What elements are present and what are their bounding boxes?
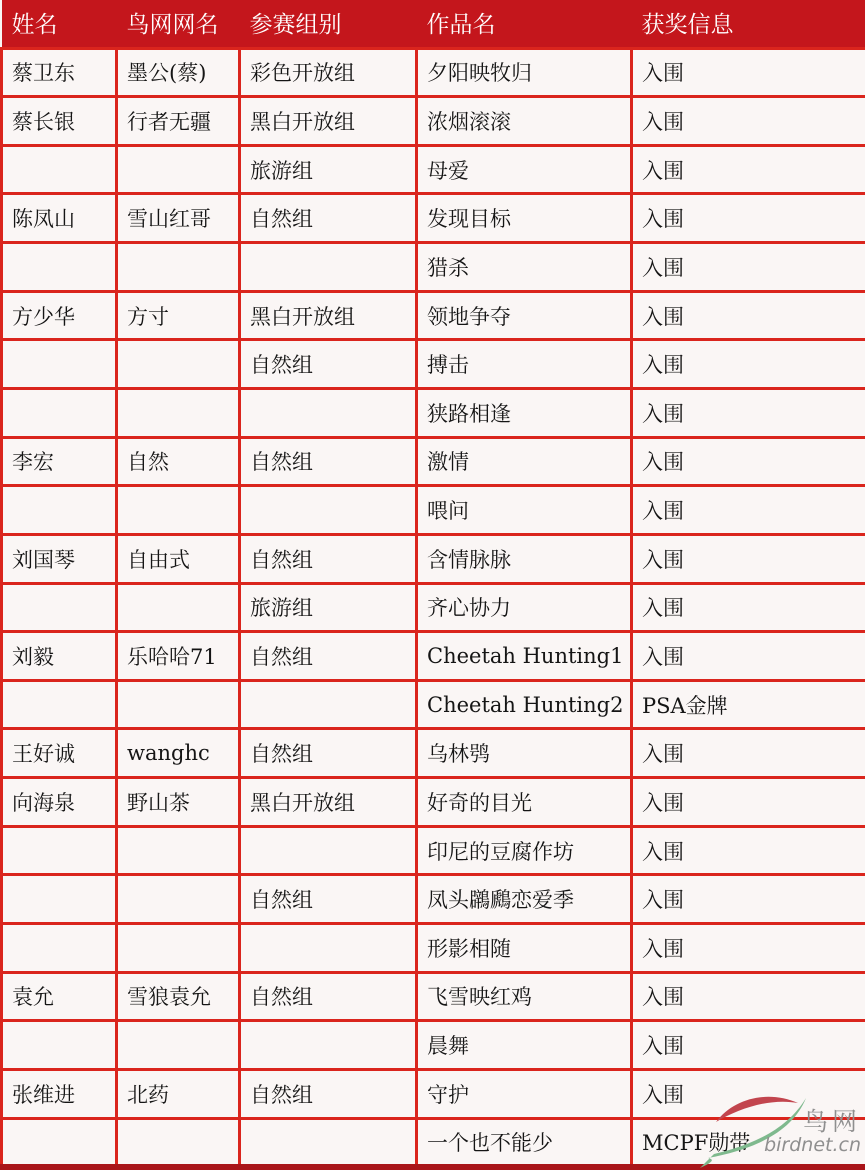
table-row: 喂问入围 bbox=[2, 486, 865, 535]
table-cell bbox=[2, 340, 117, 389]
table-row: 晨舞入围 bbox=[2, 1021, 865, 1070]
awards-table: 姓名鸟网网名参赛组别作品名获奖信息 蔡卫东墨公(蔡)彩色开放组夕阳映牧归入围蔡长… bbox=[0, 0, 865, 1170]
table-cell: 自然组 bbox=[240, 972, 417, 1021]
table-cell: 彩色开放组 bbox=[240, 48, 417, 97]
table-cell: 入围 bbox=[632, 437, 865, 486]
table-row: 一个也不能少MCPF勋带 bbox=[2, 1118, 865, 1167]
table-cell: 入围 bbox=[632, 97, 865, 146]
table-row: 刘毅乐哈哈71自然组Cheetah Hunting1入围 bbox=[2, 632, 865, 681]
table-row: 旅游组齐心协力入围 bbox=[2, 583, 865, 632]
table-cell: 方寸 bbox=[117, 291, 240, 340]
table-cell: 雪狼袁允 bbox=[117, 972, 240, 1021]
table-cell: 李宏 bbox=[2, 437, 117, 486]
table-cell: 旅游组 bbox=[240, 583, 417, 632]
table-cell: 自然组 bbox=[240, 194, 417, 243]
table-cell bbox=[240, 924, 417, 973]
table-cell: 入围 bbox=[632, 145, 865, 194]
table-cell: 入围 bbox=[632, 534, 865, 583]
table-cell: 飞雪映红鸡 bbox=[417, 972, 632, 1021]
table-cell bbox=[117, 875, 240, 924]
table-cell bbox=[117, 826, 240, 875]
table-cell: 发现目标 bbox=[417, 194, 632, 243]
header-row: 姓名鸟网网名参赛组别作品名获奖信息 bbox=[2, 0, 865, 48]
table-cell: 凤头鸊鷉恋爱季 bbox=[417, 875, 632, 924]
table-cell bbox=[2, 826, 117, 875]
table-cell: 一个也不能少 bbox=[417, 1118, 632, 1167]
table-row: 王好诚wanghc自然组乌林鸮入围 bbox=[2, 729, 865, 778]
table-row: 方少华方寸黑白开放组领地争夺入围 bbox=[2, 291, 865, 340]
table-cell: 向海泉 bbox=[2, 778, 117, 827]
table-cell bbox=[117, 243, 240, 292]
table-cell: 墨公(蔡) bbox=[117, 48, 240, 97]
table-cell: 形影相随 bbox=[417, 924, 632, 973]
table-cell bbox=[117, 486, 240, 535]
table-row: 刘国琴自由式自然组含情脉脉入围 bbox=[2, 534, 865, 583]
table-cell: 自然组 bbox=[240, 534, 417, 583]
table-cell: 自然组 bbox=[240, 875, 417, 924]
table-cell: 狭路相逢 bbox=[417, 388, 632, 437]
table-cell: 入围 bbox=[632, 778, 865, 827]
table-cell: 入围 bbox=[632, 291, 865, 340]
table-cell: 自然 bbox=[117, 437, 240, 486]
table-row: 形影相随入围 bbox=[2, 924, 865, 973]
table-cell: 入围 bbox=[632, 583, 865, 632]
table-row: 蔡长银行者无疆黑白开放组浓烟滚滚入围 bbox=[2, 97, 865, 146]
table-row: 李宏自然自然组激情入围 bbox=[2, 437, 865, 486]
table-cell: 入围 bbox=[632, 924, 865, 973]
table-cell: 印尼的豆腐作坊 bbox=[417, 826, 632, 875]
header-cell-0: 姓名 bbox=[2, 0, 117, 48]
table-row: 蔡卫东墨公(蔡)彩色开放组夕阳映牧归入围 bbox=[2, 48, 865, 97]
table-cell: 刘国琴 bbox=[2, 534, 117, 583]
table-cell: 喂问 bbox=[417, 486, 632, 535]
table-cell: 含情脉脉 bbox=[417, 534, 632, 583]
table-cell: 自然组 bbox=[240, 729, 417, 778]
table-cell bbox=[240, 243, 417, 292]
table-cell bbox=[240, 388, 417, 437]
table-cell: 王好诚 bbox=[2, 729, 117, 778]
table-cell: 方少华 bbox=[2, 291, 117, 340]
table-cell: 浓烟滚滚 bbox=[417, 97, 632, 146]
table-cell bbox=[2, 875, 117, 924]
table-cell: 袁允 bbox=[2, 972, 117, 1021]
table-cell bbox=[2, 145, 117, 194]
table-cell: 激情 bbox=[417, 437, 632, 486]
table-cell: 入围 bbox=[632, 48, 865, 97]
table-cell: 入围 bbox=[632, 972, 865, 1021]
table-cell: 张维进 bbox=[2, 1069, 117, 1118]
table-cell bbox=[240, 486, 417, 535]
table-cell: 搏击 bbox=[417, 340, 632, 389]
table-cell bbox=[2, 1021, 117, 1070]
table-cell: 陈凤山 bbox=[2, 194, 117, 243]
header-cell-3: 作品名 bbox=[417, 0, 632, 48]
table-row: 陈凤山雪山红哥自然组发现目标入围 bbox=[2, 194, 865, 243]
table-cell: 北药 bbox=[117, 1069, 240, 1118]
table-cell bbox=[2, 486, 117, 535]
table-cell bbox=[240, 1021, 417, 1070]
table-row: 狭路相逢入围 bbox=[2, 388, 865, 437]
table-cell: PSA金牌 bbox=[632, 680, 865, 729]
table-cell: 母爱 bbox=[417, 145, 632, 194]
table-cell: 自由式 bbox=[117, 534, 240, 583]
table-cell: 齐心协力 bbox=[417, 583, 632, 632]
table-cell: 刘毅 bbox=[2, 632, 117, 681]
table-cell bbox=[2, 243, 117, 292]
table-row: 自然组搏击入围 bbox=[2, 340, 865, 389]
table-cell: 自然组 bbox=[240, 1069, 417, 1118]
table-cell: 黑白开放组 bbox=[240, 97, 417, 146]
table-cell bbox=[2, 1118, 117, 1167]
table-cell: 晨舞 bbox=[417, 1021, 632, 1070]
table-cell bbox=[2, 583, 117, 632]
table-cell: 入围 bbox=[632, 388, 865, 437]
table-cell: 自然组 bbox=[240, 632, 417, 681]
table-cell bbox=[117, 340, 240, 389]
table-row: Cheetah Hunting2PSA金牌 bbox=[2, 680, 865, 729]
table-row: 猎杀入围 bbox=[2, 243, 865, 292]
table-cell: 好奇的目光 bbox=[417, 778, 632, 827]
table-cell bbox=[2, 680, 117, 729]
header-cell-2: 参赛组别 bbox=[240, 0, 417, 48]
table-cell: 行者无疆 bbox=[117, 97, 240, 146]
table-cell: 猎杀 bbox=[417, 243, 632, 292]
table-cell: 自然组 bbox=[240, 437, 417, 486]
table-cell bbox=[117, 924, 240, 973]
header-cell-4: 获奖信息 bbox=[632, 0, 865, 48]
table-cell: 入围 bbox=[632, 875, 865, 924]
table-cell: 雪山红哥 bbox=[117, 194, 240, 243]
table-row: 自然组凤头鸊鷉恋爱季入围 bbox=[2, 875, 865, 924]
table-cell: 入围 bbox=[632, 243, 865, 292]
table-cell bbox=[2, 388, 117, 437]
table-cell bbox=[240, 680, 417, 729]
table-row: 旅游组母爱入围 bbox=[2, 145, 865, 194]
table-cell bbox=[240, 1118, 417, 1167]
table-cell: 乌林鸮 bbox=[417, 729, 632, 778]
table-cell bbox=[117, 1118, 240, 1167]
table-row: 印尼的豆腐作坊入围 bbox=[2, 826, 865, 875]
table-cell: 乐哈哈71 bbox=[117, 632, 240, 681]
table-cell: 蔡卫东 bbox=[2, 48, 117, 97]
table-cell: Cheetah Hunting2 bbox=[417, 680, 632, 729]
table-cell: 入围 bbox=[632, 1069, 865, 1118]
table-cell: 入围 bbox=[632, 729, 865, 778]
table-cell: 旅游组 bbox=[240, 145, 417, 194]
table-cell bbox=[117, 388, 240, 437]
table-cell: 领地争夺 bbox=[417, 291, 632, 340]
table-cell: 黑白开放组 bbox=[240, 778, 417, 827]
table-cell bbox=[2, 924, 117, 973]
table-cell bbox=[240, 826, 417, 875]
table-row: 张维进北药自然组守护入围 bbox=[2, 1069, 865, 1118]
table-cell: 蔡长银 bbox=[2, 97, 117, 146]
table-cell: 入围 bbox=[632, 632, 865, 681]
table-cell: 入围 bbox=[632, 1021, 865, 1070]
table-cell: MCPF勋带 bbox=[632, 1118, 865, 1167]
table-cell bbox=[117, 145, 240, 194]
table-cell: 入围 bbox=[632, 826, 865, 875]
table-cell: 入围 bbox=[632, 486, 865, 535]
table-row: 向海泉野山茶黑白开放组好奇的目光入围 bbox=[2, 778, 865, 827]
table-cell: 黑白开放组 bbox=[240, 291, 417, 340]
table-body: 蔡卫东墨公(蔡)彩色开放组夕阳映牧归入围蔡长银行者无疆黑白开放组浓烟滚滚入围旅游… bbox=[2, 48, 865, 1167]
table-cell bbox=[117, 583, 240, 632]
table-cell: 入围 bbox=[632, 340, 865, 389]
table-cell: 入围 bbox=[632, 194, 865, 243]
header-cell-1: 鸟网网名 bbox=[117, 0, 240, 48]
table-cell: 野山茶 bbox=[117, 778, 240, 827]
table-row: 袁允雪狼袁允自然组飞雪映红鸡入围 bbox=[2, 972, 865, 1021]
table-cell: Cheetah Hunting1 bbox=[417, 632, 632, 681]
table-cell: wanghc bbox=[117, 729, 240, 778]
table-cell bbox=[117, 1021, 240, 1070]
table-cell bbox=[117, 680, 240, 729]
table-cell: 夕阳映牧归 bbox=[417, 48, 632, 97]
table-cell: 自然组 bbox=[240, 340, 417, 389]
table-header: 姓名鸟网网名参赛组别作品名获奖信息 bbox=[2, 0, 865, 48]
table-cell: 守护 bbox=[417, 1069, 632, 1118]
